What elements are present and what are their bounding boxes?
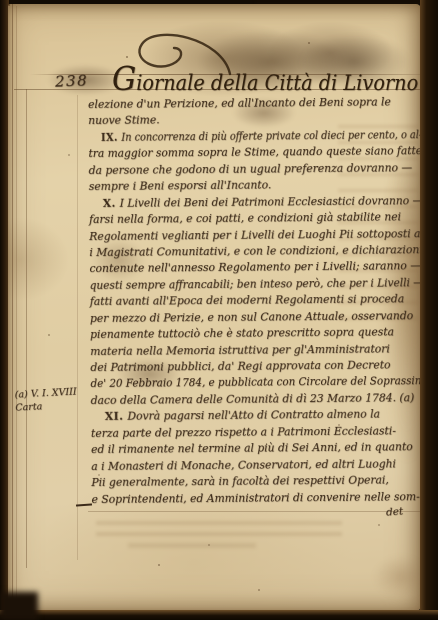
margin-rule-inner xyxy=(77,95,78,560)
text-block: elezione d'un Perizione, ed all'Incanto … xyxy=(88,94,427,508)
section-numeral: XI. xyxy=(105,410,128,423)
page-number: 238 xyxy=(55,71,89,90)
book-binding-edge-right xyxy=(420,0,438,620)
page-fold-line xyxy=(12,4,13,612)
page-fold-line xyxy=(16,6,17,608)
ruled-line-bottom xyxy=(88,511,420,512)
section-numeral: IX. xyxy=(101,131,122,144)
page-title: Giornale della Città di Livorno xyxy=(112,59,395,98)
book-binding-edge-bottom xyxy=(0,610,438,620)
manuscript-scan: 238 Giornale della Città di Livorno elez… xyxy=(0,0,438,620)
margin-rule-outer xyxy=(26,89,27,568)
book-binding-corner xyxy=(0,592,38,620)
manuscript-line: e Soprintendenti, ed Amministratori di c… xyxy=(91,489,425,508)
margin-note: (a) V. I. XVIII Carta xyxy=(14,385,77,414)
catchword: det xyxy=(386,505,404,518)
paper-specks-texture xyxy=(8,4,10,6)
section-numeral: X. xyxy=(103,196,120,209)
